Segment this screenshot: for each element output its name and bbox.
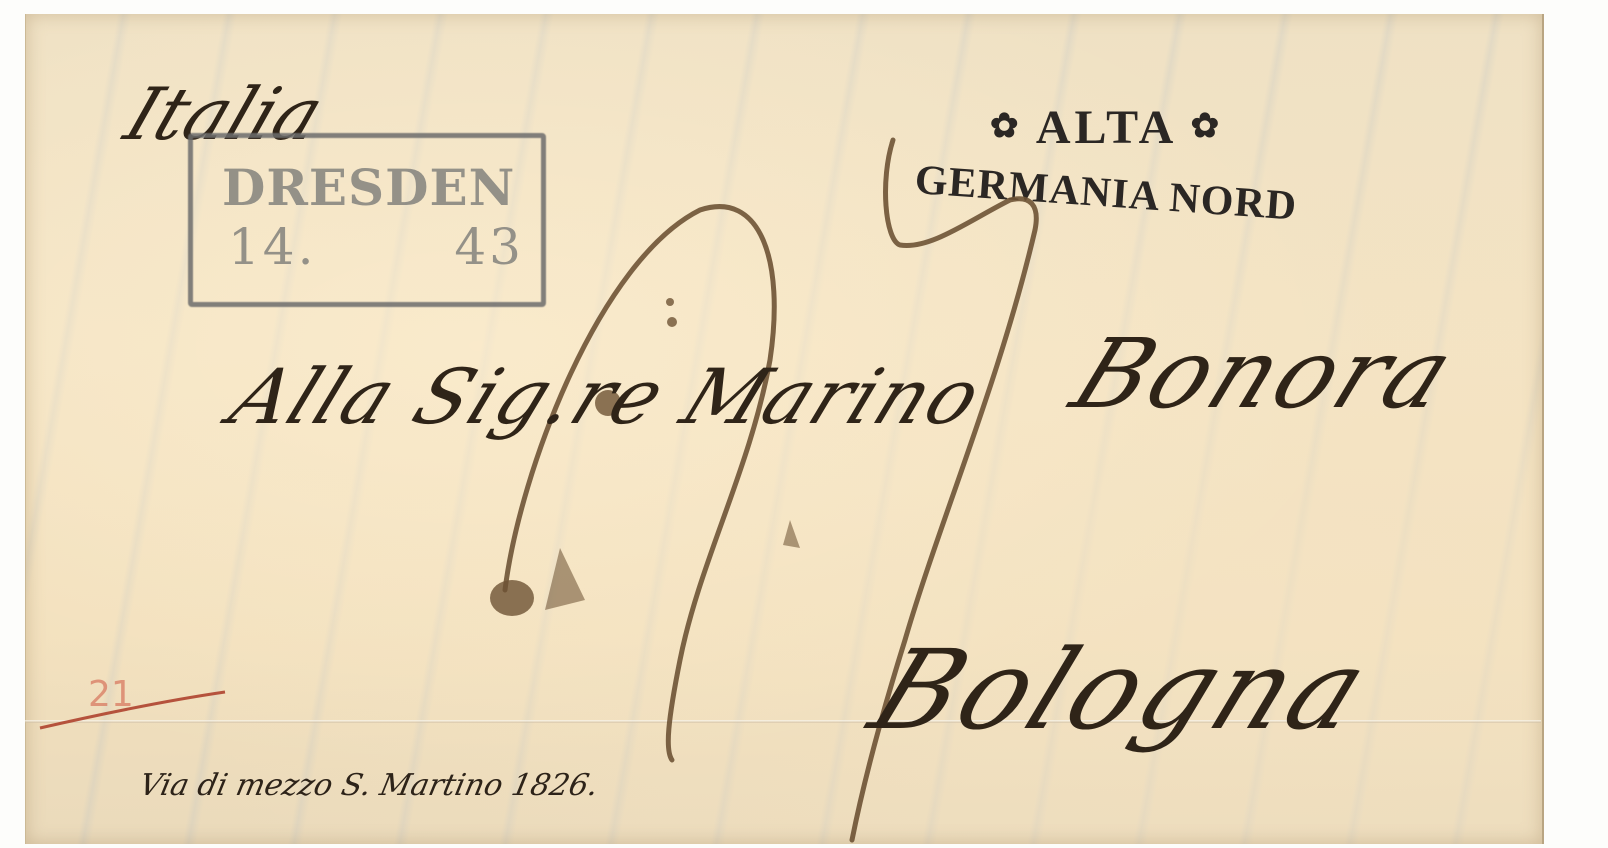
archival-note: Via di mezzo S. Martino 1826. <box>136 768 601 803</box>
addressee-city: Bologna <box>854 626 1389 754</box>
addressee-salutation: Alla Sig.re Marino <box>218 352 996 441</box>
addressee-surname: Bonora <box>1057 318 1471 430</box>
